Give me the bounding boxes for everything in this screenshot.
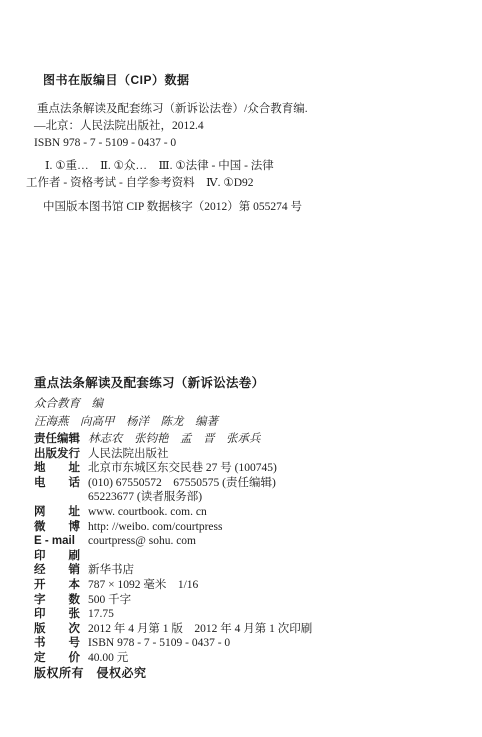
- row-value-price: 40.00 元: [88, 651, 454, 666]
- colophon-row-distributor: 经 销 新华书店: [34, 563, 454, 578]
- row-label-editors: 责任编辑: [34, 432, 88, 447]
- colophon-row-address: 地 址 北京市东城区东交民巷 27 号 (100745): [34, 461, 454, 476]
- row-value-word-count: 500 千字: [88, 593, 454, 608]
- copyright-page: 图书在版编目（CIP）数据 重点法条解读及配套练习（新诉讼法卷）/众合教育编. …: [0, 0, 482, 737]
- row-label-format: 开 本: [34, 578, 88, 593]
- row-value-publisher: 人民法院出版社: [88, 447, 454, 462]
- book-title: 重点法条解读及配套练习（新诉讼法卷）: [34, 376, 454, 390]
- colophon-row-price: 定 价 40.00 元: [34, 651, 454, 666]
- row-label-price: 定 价: [34, 651, 88, 666]
- row-label-weibo: 微 博: [34, 520, 88, 535]
- row-value-distributor: 新华书店: [88, 563, 454, 578]
- row-label-distributor: 经 销: [34, 563, 88, 578]
- colophon-row-isbn: 书 号 ISBN 978 - 7 - 5109 - 0437 - 0: [34, 636, 454, 651]
- row-value-edition: 2012 年 4 月第 1 版 2012 年 4 月第 1 次印刷: [88, 622, 454, 637]
- row-value-format: 787 × 1092 毫米 1/16: [88, 578, 454, 593]
- colophon-row-sheets: 印 张 17.75: [34, 607, 454, 622]
- colophon-row-word-count: 字 数 500 千字: [34, 593, 454, 608]
- cip-entry-line-publisher: —北京：人民法院出版社，2012.4: [34, 118, 454, 135]
- row-value-address: 北京市东城区东交民巷 27 号 (100745): [88, 461, 454, 476]
- row-label-edition: 版 次: [34, 622, 88, 637]
- colophon-row-edition: 版 次 2012 年 4 月第 1 版 2012 年 4 月第 1 次印刷: [34, 622, 454, 637]
- colophon-row-website: 网 址 www. courtbook. com. cn: [34, 505, 454, 520]
- colophon-row-publisher: 出版发行 人民法院出版社: [34, 447, 454, 462]
- colophon-row-telephone-2: 65223677 (读者服务部): [34, 490, 454, 505]
- cip-classification-paragraph: Ⅰ. ①重… Ⅱ. ①众… Ⅲ. ①法律 - 中国 - 法律 工作者 - 资格考…: [34, 158, 454, 192]
- cip-classification-line-2: 工作者 - 资格考试 - 自学参考资料 Ⅳ. ①D92: [26, 175, 454, 192]
- row-value-email: courtpress@ sohu. com: [88, 534, 454, 549]
- colophon-row-printing: 印 刷: [34, 549, 454, 564]
- colophon-row-telephone: 电 话 (010) 67550572 67550575 (责任编辑): [34, 476, 454, 491]
- row-label-email: E - mail: [34, 534, 88, 549]
- row-value-telephone: (010) 67550572 67550575 (责任编辑): [88, 476, 454, 491]
- colophon-row-format: 开 本 787 × 1092 毫米 1/16: [34, 578, 454, 593]
- row-label-word-count: 字 数: [34, 593, 88, 608]
- row-label-address: 地 址: [34, 461, 88, 476]
- cip-entry-line-isbn: ISBN 978 - 7 - 5109 - 0437 - 0: [34, 135, 454, 152]
- colophon-row-weibo: 微 博 http: //weibo. com/courtpress: [34, 520, 454, 535]
- cip-classification-line-1: Ⅰ. ①重… Ⅱ. ①众… Ⅲ. ①法律 - 中国 - 法律: [34, 158, 454, 175]
- colophon-block: 重点法条解读及配套练习（新诉讼法卷） 众合教育 编 汪海燕 向高甲 杨洋 陈龙 …: [0, 376, 482, 680]
- row-value-weibo: http: //weibo. com/courtpress: [88, 520, 454, 535]
- row-value-isbn: ISBN 978 - 7 - 5109 - 0437 - 0: [88, 636, 454, 651]
- row-value-editors: 林志农 张钧艳 孟 晋 张承兵: [88, 432, 454, 447]
- cip-entry-line-title: 重点法条解读及配套练习（新诉讼法卷）/众合教育编.: [34, 101, 454, 118]
- colophon-rows: 责任编辑 林志农 张钧艳 孟 晋 张承兵 出版发行 人民法院出版社 地 址 北京…: [34, 432, 454, 666]
- row-label-printing: 印 刷: [34, 549, 88, 564]
- cip-heading: 图书在版编目（CIP）数据: [43, 74, 454, 87]
- copyright-notice: 版权所有 侵权必究: [34, 666, 454, 681]
- cip-record-number-line: 中国版本图书馆 CIP 数据核字（2012）第 055274 号: [34, 199, 454, 216]
- colophon-row-email: E - mail courtpress@ sohu. com: [34, 534, 454, 549]
- cip-entry-paragraph: 重点法条解读及配套练习（新诉讼法卷）/众合教育编. —北京：人民法院出版社，20…: [34, 101, 454, 152]
- authors-line: 汪海燕 向高甲 杨洋 陈龙 编著: [34, 415, 454, 430]
- row-value-sheets: 17.75: [88, 607, 454, 622]
- colophon-row-editors: 责任编辑 林志农 张钧艳 孟 晋 张承兵: [34, 432, 454, 447]
- row-label-isbn: 书 号: [34, 636, 88, 651]
- row-label-publisher: 出版发行: [34, 447, 88, 462]
- row-label-website: 网 址: [34, 505, 88, 520]
- cip-data-block: 图书在版编目（CIP）数据 重点法条解读及配套练习（新诉讼法卷）/众合教育编. …: [0, 0, 482, 216]
- editor-line: 众合教育 编: [34, 397, 454, 412]
- row-value-website: www. courtbook. com. cn: [88, 505, 454, 520]
- row-label-telephone: 电 话: [34, 476, 88, 491]
- row-value-telephone-2: 65223677 (读者服务部): [88, 490, 454, 505]
- row-label-sheets: 印 张: [34, 607, 88, 622]
